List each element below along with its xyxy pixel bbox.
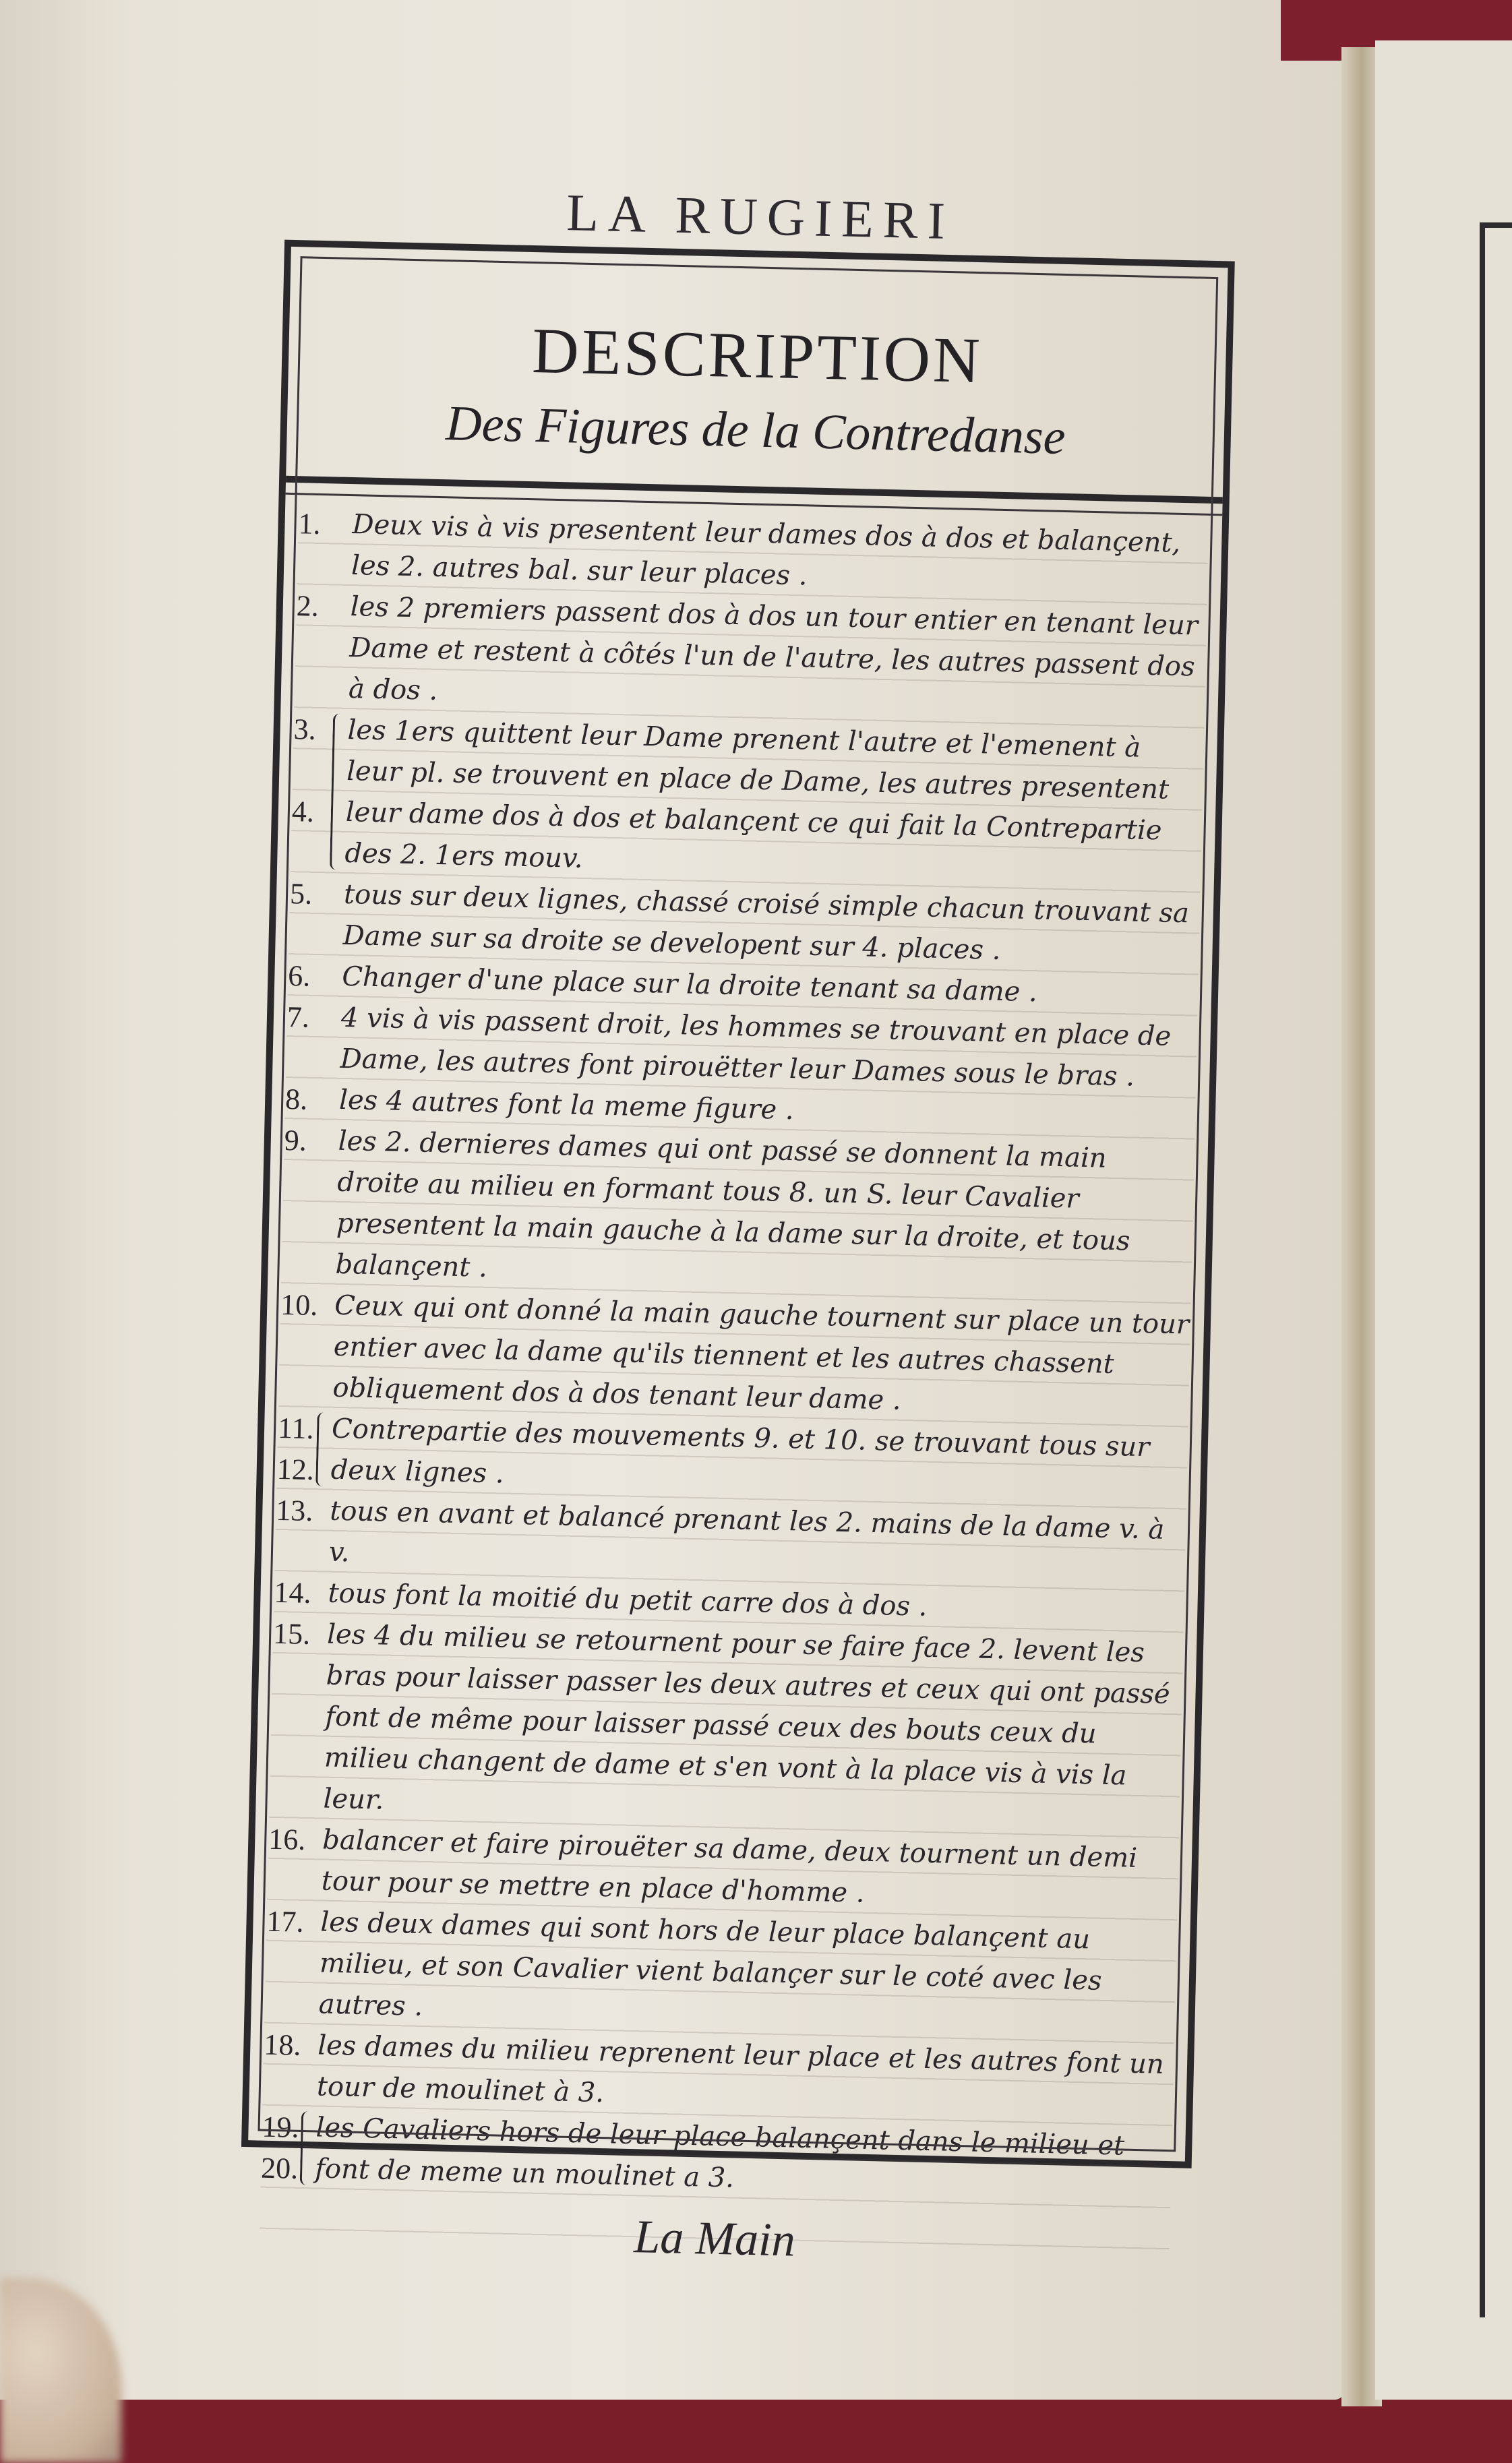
figure-number: 20.: [261, 2148, 299, 2189]
engraved-plate: LA RUGIERI DESCRIPTION Des Figures de la…: [220, 155, 1257, 2193]
right-page-frame-edge: [1480, 222, 1512, 2317]
outer-frame: DESCRIPTION Des Figures de la Contredans…: [241, 240, 1235, 2168]
inner-frame: [258, 256, 1218, 2152]
